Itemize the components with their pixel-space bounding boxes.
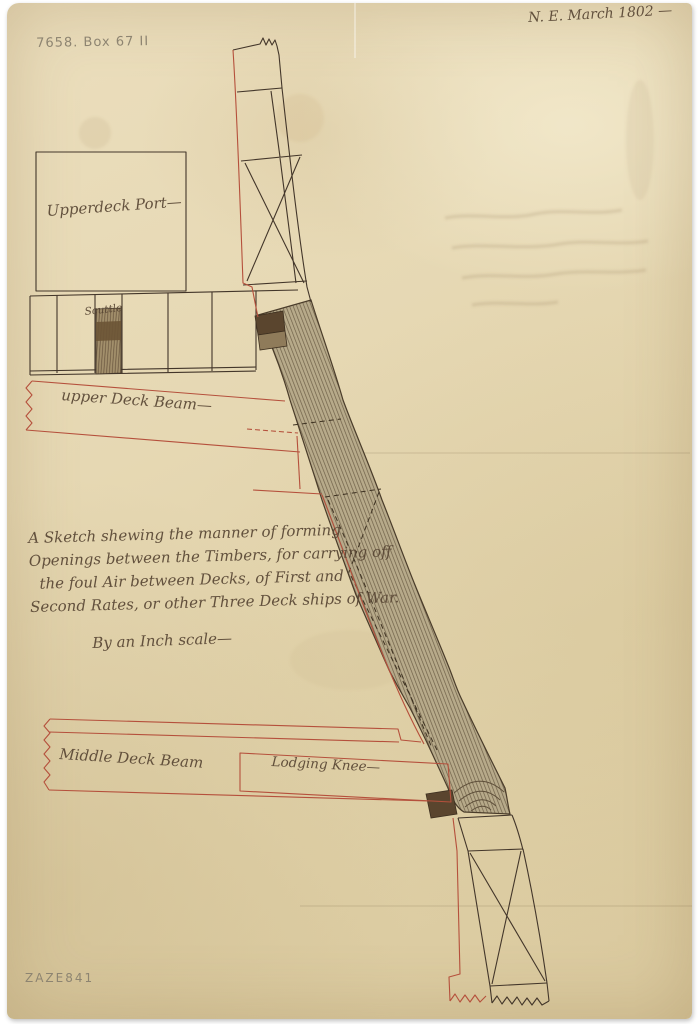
catalog-number: ZAZE841: [25, 971, 94, 985]
scuttle-timber: [96, 308, 121, 374]
middle-deck-broken-edge: [44, 719, 50, 790]
ink-show-through: [445, 210, 648, 305]
scanned-document: 7658. Box 67 II N. E. March 1802 — Upper…: [0, 0, 698, 1024]
description-text: A Sketch shewing the manner of forming O…: [28, 517, 400, 619]
upper-beam-broken-edge: [26, 381, 32, 430]
ship-frame-drawing: [0, 0, 698, 1024]
upperdeck-port-outline: [36, 152, 186, 291]
pencil-reference-note: 7658. Box 67 II: [36, 34, 149, 51]
